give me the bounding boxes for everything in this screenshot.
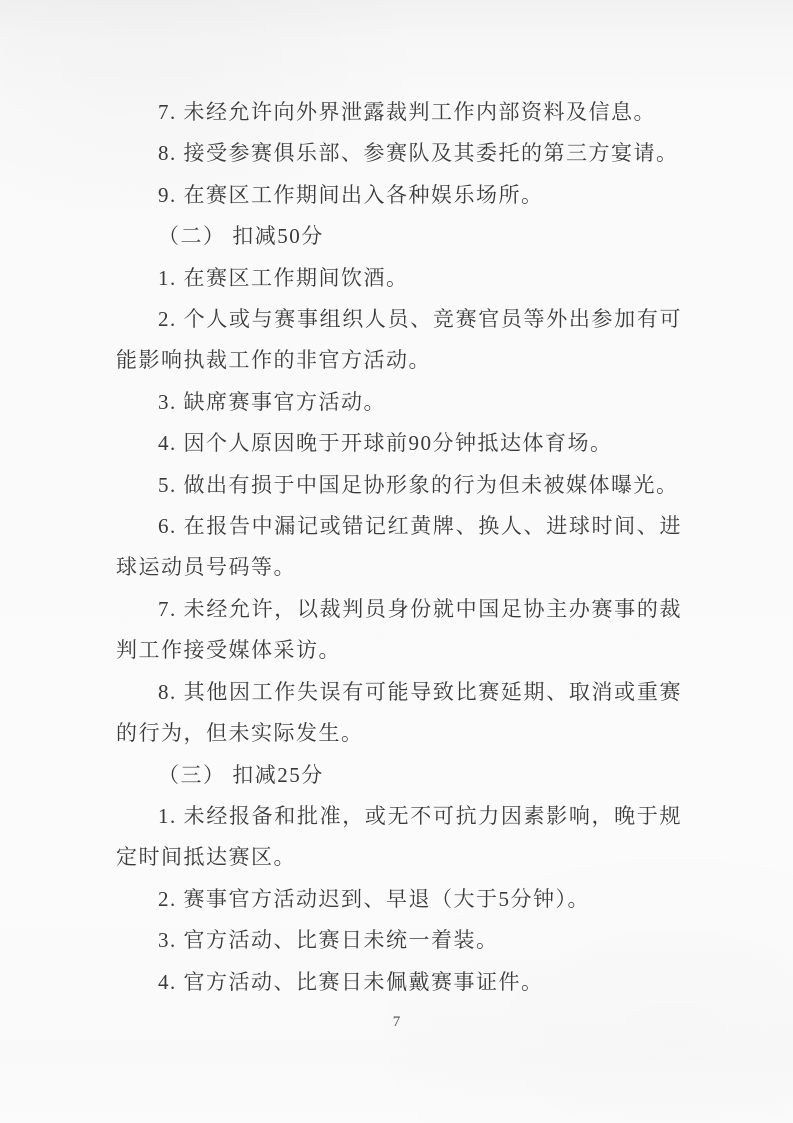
paragraph-item: 7. 未经允许，以裁判员身份就中国足协主办赛事的裁判工作接受媒体采访。 bbox=[116, 589, 682, 672]
paragraph-item: 8. 接受参赛俱乐部、参赛队及其委托的第三方宴请。 bbox=[116, 133, 682, 174]
paragraph-item: 3. 官方活动、比赛日未统一着装。 bbox=[116, 920, 682, 961]
paragraph-item: 3. 缺席赛事官方活动。 bbox=[116, 382, 682, 423]
paragraph-item: 5. 做出有损于中国足协形象的行为但未被媒体曝光。 bbox=[116, 465, 682, 506]
paragraph-item: 1. 未经报备和批准，或无不可抗力因素影响，晚于规定时间抵达赛区。 bbox=[116, 796, 682, 879]
paragraph-item: 7. 未经允许向外界泄露裁判工作内部资料及信息。 bbox=[116, 92, 682, 133]
document-body: 7. 未经允许向外界泄露裁判工作内部资料及信息。 8. 接受参赛俱乐部、参赛队及… bbox=[116, 92, 682, 1003]
paragraph-item: 2. 赛事官方活动迟到、早退（大于5分钟）。 bbox=[116, 879, 682, 920]
paragraph-item: 2. 个人或与赛事组织人员、竞赛官员等外出参加有可能影响执裁工作的非官方活动。 bbox=[116, 299, 682, 382]
page-number: 7 bbox=[0, 1014, 793, 1031]
paragraph-item: 4. 官方活动、比赛日未佩戴赛事证件。 bbox=[116, 962, 682, 1003]
section-heading: （三） 扣减25分 bbox=[116, 755, 682, 796]
paragraph-item: 6. 在报告中漏记或错记红黄牌、换人、进球时间、进球运动员号码等。 bbox=[116, 506, 682, 589]
paragraph-item: 4. 因个人原因晚于开球前90分钟抵达体育场。 bbox=[116, 423, 682, 464]
paragraph-item: 9. 在赛区工作期间出入各种娱乐场所。 bbox=[116, 175, 682, 216]
document-page: 7. 未经允许向外界泄露裁判工作内部资料及信息。 8. 接受参赛俱乐部、参赛队及… bbox=[0, 0, 793, 1123]
section-heading: （二） 扣减50分 bbox=[116, 216, 682, 257]
paragraph-item: 8. 其他因工作失误有可能导致比赛延期、取消或重赛的行为，但未实际发生。 bbox=[116, 672, 682, 755]
paragraph-item: 1. 在赛区工作期间饮酒。 bbox=[116, 258, 682, 299]
